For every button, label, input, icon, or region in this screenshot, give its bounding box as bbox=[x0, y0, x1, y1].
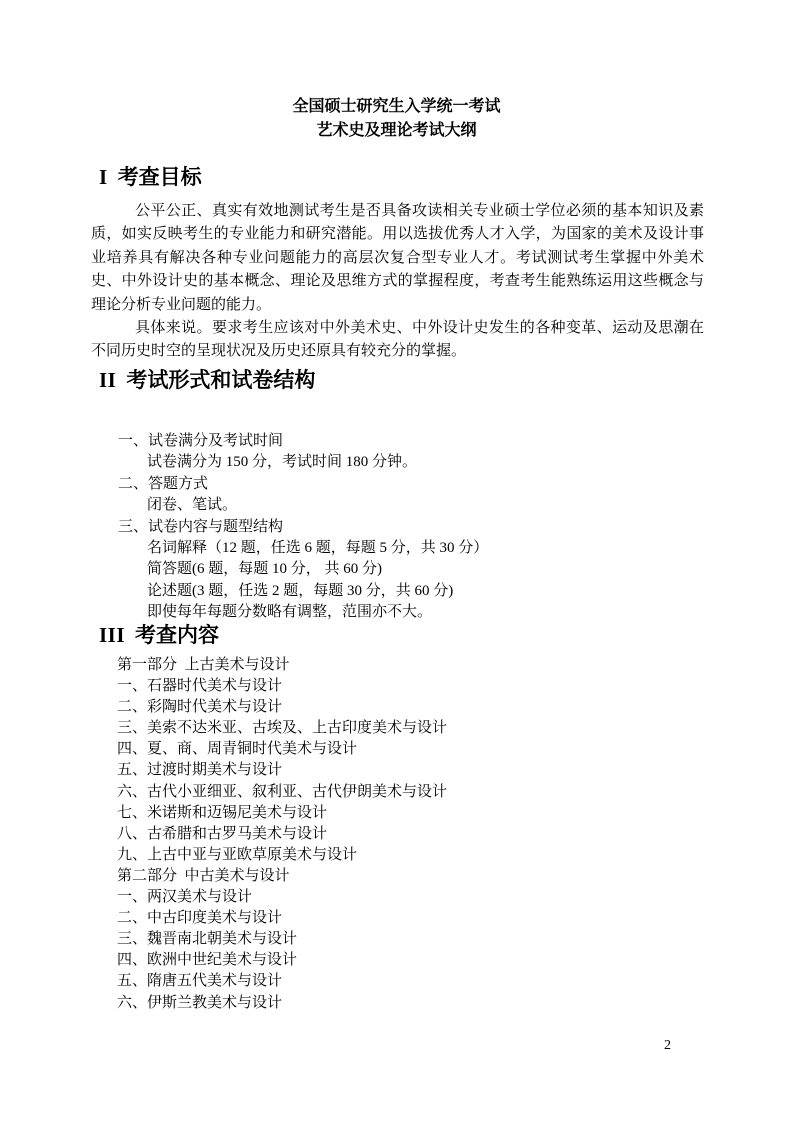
document-title-line-2: 艺术史及理论考试大纲 bbox=[0, 119, 793, 143]
section-heading-content: III考查内容 bbox=[99, 622, 219, 648]
document-title: 全国硕士研究生入学统一考试 艺术史及理论考试大纲 bbox=[0, 95, 793, 143]
section-numeral: II bbox=[99, 368, 116, 392]
outline-item: 三、美索不达米亚、古埃及、上古印度美术与设计 bbox=[117, 718, 447, 739]
outline-item: 五、隋唐五代美术与设计 bbox=[117, 971, 447, 992]
exam-structure-list: 一、试卷满分及考试时间 试卷满分为 150 分，考试时间 180 分钟。 二、答… bbox=[118, 431, 488, 624]
goals-paragraph-1: 公平公正、真实有效地测试考生是否具备攻读相关专业硕士学位必须的基本知识及素质，如… bbox=[91, 200, 704, 317]
outline-item: 九、上古中亚与亚欧草原美术与设计 bbox=[117, 845, 447, 866]
outline-item: 三、魏晋南北朝美术与设计 bbox=[117, 929, 447, 950]
outline-item: 七、米诺斯和迈锡尼美术与设计 bbox=[117, 803, 447, 824]
outline-item: 二、彩陶时代美术与设计 bbox=[117, 697, 447, 718]
outline-item: 一、两汉美术与设计 bbox=[117, 887, 447, 908]
outline-part-title: 第一部分 上古美术与设计 bbox=[117, 655, 447, 676]
goals-body: 公平公正、真实有效地测试考生是否具备攻读相关专业硕士学位必须的基本知识及素质，如… bbox=[91, 200, 704, 364]
outline-item: 四、夏、商、周青铜时代美术与设计 bbox=[117, 739, 447, 760]
exam-structure-item: 二、答题方式 bbox=[118, 474, 488, 495]
document-page: 全国硕士研究生入学统一考试 艺术史及理论考试大纲 I考查目标 公平公正、真实有效… bbox=[0, 0, 793, 1122]
exam-structure-item: 即使每年每题分数略有调整，范围亦不大。 bbox=[118, 602, 488, 623]
section-heading-structure: II考试形式和试卷结构 bbox=[99, 367, 315, 393]
outline-part-title: 第二部分 中古美术与设计 bbox=[117, 866, 447, 887]
section-heading-label: 考试形式和试卷结构 bbox=[126, 368, 315, 392]
section-numeral: III bbox=[99, 623, 125, 647]
outline-item: 六、伊斯兰教美术与设计 bbox=[117, 993, 447, 1014]
document-title-line-1: 全国硕士研究生入学统一考试 bbox=[0, 95, 793, 119]
outline-item: 六、古代小亚细亚、叙利亚、古代伊朗美术与设计 bbox=[117, 782, 447, 803]
outline-item: 五、过渡时期美术与设计 bbox=[117, 760, 447, 781]
outline-item: 四、欧洲中世纪美术与设计 bbox=[117, 950, 447, 971]
exam-structure-item: 一、试卷满分及考试时间 bbox=[118, 431, 488, 452]
exam-structure-item: 简答题(6 题，每题 10 分， 共 60 分) bbox=[118, 559, 488, 580]
exam-structure-item: 三、试卷内容与题型结构 bbox=[118, 517, 488, 538]
outline-item: 八、古希腊和古罗马美术与设计 bbox=[117, 824, 447, 845]
exam-structure-item: 名词解释（12 题，任选 6 题，每题 5 分，共 30 分） bbox=[118, 538, 488, 559]
goals-paragraph-2: 具体来说。要求考生应该对中外美术史、中外设计史发生的各种变革、运动及思潮在不同历… bbox=[91, 317, 704, 364]
exam-structure-item: 试卷满分为 150 分，考试时间 180 分钟。 bbox=[118, 452, 488, 473]
exam-structure-item: 闭卷、笔试。 bbox=[118, 495, 488, 516]
exam-structure-item: 论述题(3 题，任选 2 题，每题 30 分，共 60 分) bbox=[118, 581, 488, 602]
outline-item: 二、中古印度美术与设计 bbox=[117, 908, 447, 929]
section-numeral: I bbox=[99, 165, 108, 189]
page-number: 2 bbox=[664, 1038, 671, 1054]
section-heading-label: 考查目标 bbox=[118, 165, 202, 189]
section-heading-goals: I考查目标 bbox=[99, 164, 202, 190]
section-heading-label: 考查内容 bbox=[135, 623, 219, 647]
outline-item: 一、石器时代美术与设计 bbox=[117, 676, 447, 697]
syllabus-outline-list: 第一部分 上古美术与设计 一、石器时代美术与设计 二、彩陶时代美术与设计 三、美… bbox=[117, 655, 447, 1014]
